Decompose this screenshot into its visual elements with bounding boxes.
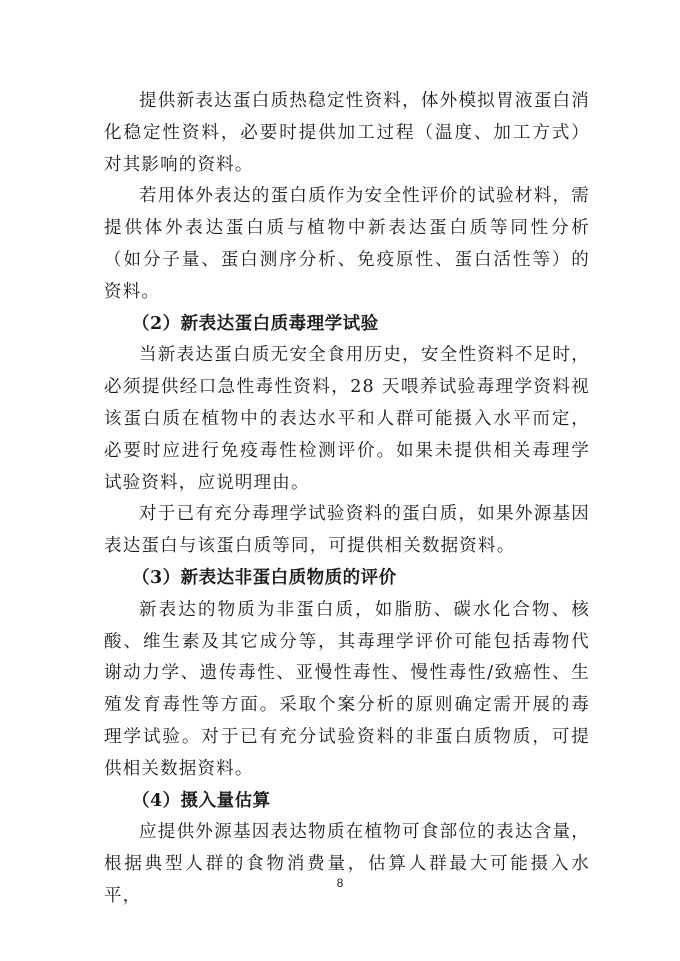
paragraph-intake-estimation: 应提供外源基因表达物质在植物可食部位的表达含量，根据典型人群的食物消费量，估算人…	[104, 817, 590, 912]
paragraph-non-protein-evaluation: 新表达的物质为非蛋白质，如脂肪、碳水化合物、核酸、维生素及其它成分等，其毒理学评…	[104, 595, 590, 786]
paragraph-toxicity-data: 当新表达蛋白质无安全食用历史，安全性资料不足时，必须提供经口急性毒性资料，28 …	[104, 340, 590, 499]
section-heading-toxicology: （2）新表达蛋白质毒理学试验	[104, 309, 590, 341]
page-number: 8	[0, 876, 680, 890]
section-heading-non-protein: （3）新表达非蛋白质物质的评价	[104, 563, 590, 595]
document-body: 提供新表达蛋白质热稳定性资料，体外模拟胃液蛋白消化稳定性资料，必要时提供加工过程…	[104, 86, 590, 913]
paragraph-in-vitro-expression: 若用体外表达的蛋白质作为安全性评价的试验材料，需提供体外表达蛋白质与植物中新表达…	[104, 181, 590, 308]
paragraph-heat-stability: 提供新表达蛋白质热稳定性资料，体外模拟胃液蛋白消化稳定性资料，必要时提供加工过程…	[104, 86, 590, 181]
section-heading-intake: （4）摄入量估算	[104, 786, 590, 818]
paragraph-existing-data: 对于已有充分毒理学试验资料的蛋白质，如果外源基因表达蛋白与该蛋白质等同，可提供相…	[104, 499, 590, 563]
